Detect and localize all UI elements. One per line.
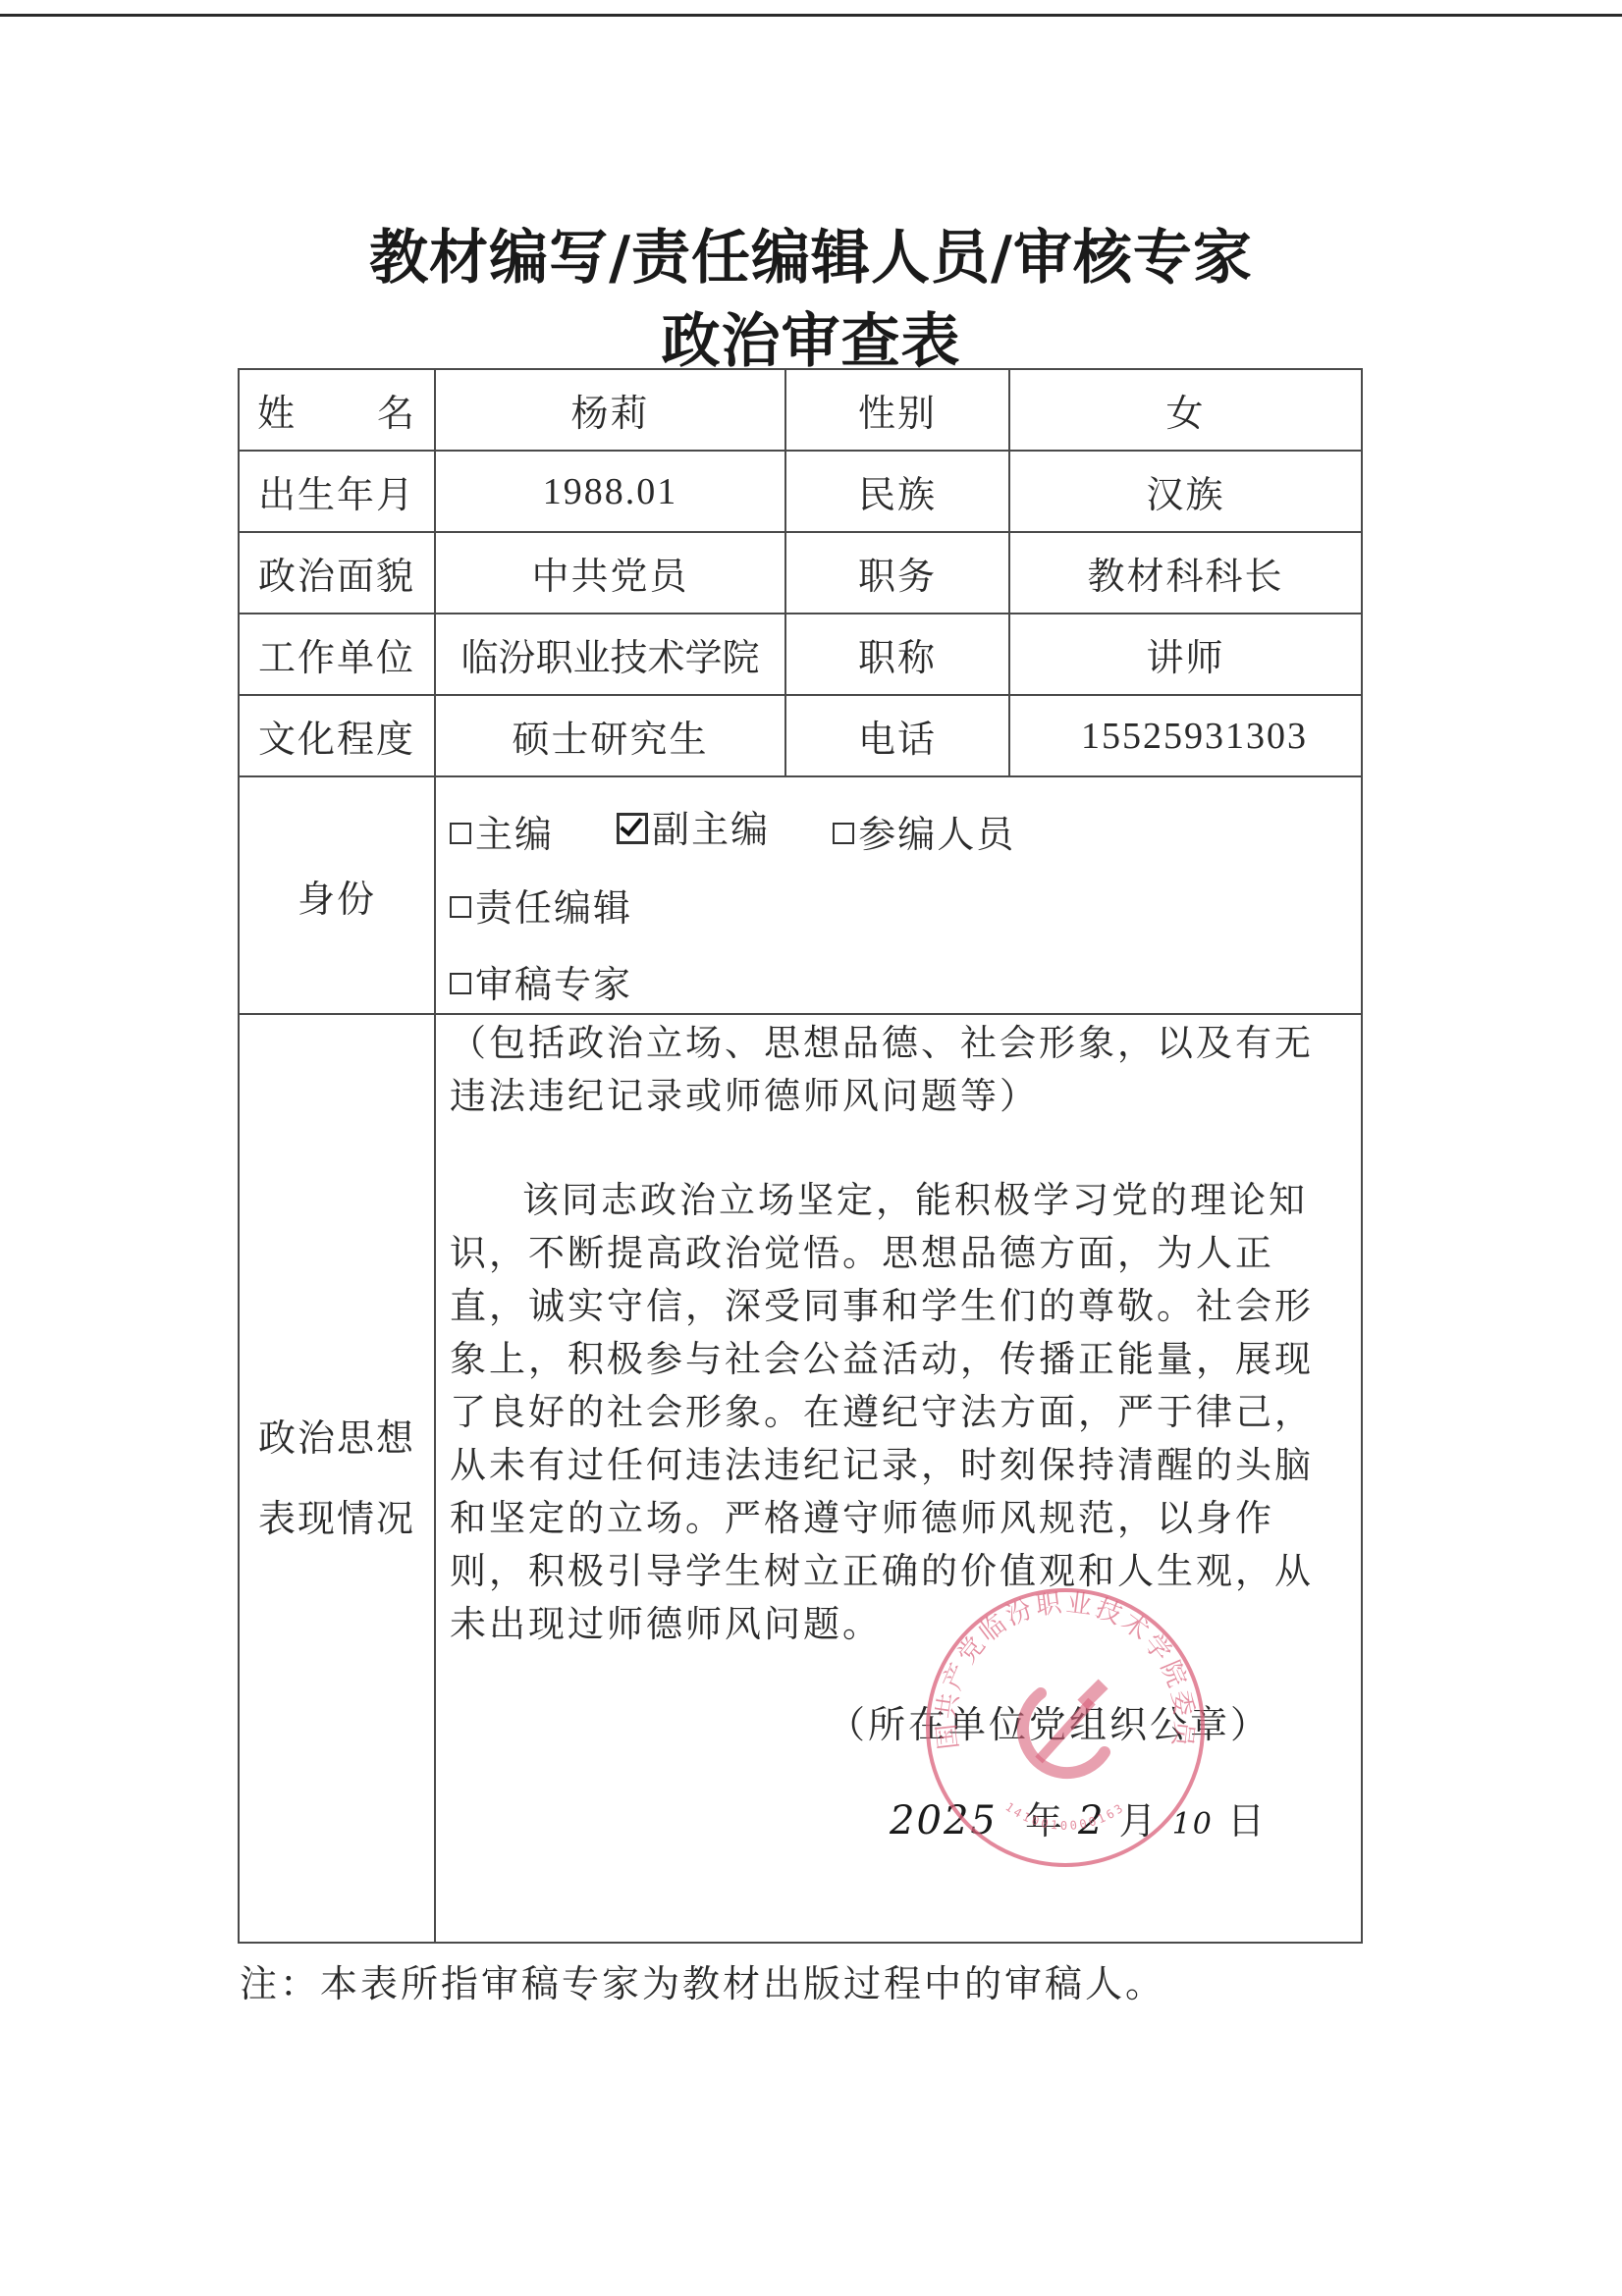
row-political-performance: 政治思想 表现情况 （包括政治立场、思想品德、社会形象，以及有无违法违纪记录或师…: [239, 1014, 1362, 1943]
option-review-expert[interactable]: 审稿专家: [450, 954, 632, 1008]
label-line-2: 表现情况: [240, 1478, 434, 1559]
value-ethnicity[interactable]: 汉族: [1009, 451, 1362, 532]
checkbox-checked-icon[interactable]: [617, 813, 648, 844]
review-form-table: 姓 名 杨莉 性别 女 出生年月 1988.01 民族 汉族 政治面貌 中共党员…: [238, 368, 1363, 1944]
value-name[interactable]: 杨莉: [435, 369, 785, 451]
political-assessment-text[interactable]: 该同志政治立场坚定，能积极学习党的理论知识，不断提高政治觉悟。思想品德方面，为人…: [450, 1174, 1347, 1651]
value-phone[interactable]: 15525931303: [1009, 695, 1362, 776]
row-political-status: 政治面貌 中共党员 职务 教材科科长: [239, 532, 1362, 614]
value-title[interactable]: 讲师: [1009, 614, 1362, 695]
option-deputy-chief-editor[interactable]: 副主编: [617, 799, 770, 853]
document-subtitle: 政治审查表: [0, 294, 1622, 379]
page-top-rule: [0, 14, 1622, 17]
footer-note: 注：本表所指审稿专家为教材出版过程中的审稿人。: [240, 1953, 1165, 2007]
option-label: 副主编: [652, 799, 770, 853]
option-label: 责任编辑: [475, 878, 632, 932]
label-political-performance: 政治思想 表现情况: [239, 1014, 435, 1943]
value-gender[interactable]: 女: [1009, 369, 1362, 451]
seal-note: （所在单位党组织公章）: [828, 1694, 1271, 1748]
row-workplace: 工作单位 临汾职业技术学院 职称 讲师: [239, 614, 1362, 695]
value-birth[interactable]: 1988.01: [435, 451, 785, 532]
label-workplace: 工作单位: [239, 614, 435, 695]
document-title: 教材编写/责任编辑人员/审核专家: [0, 211, 1622, 295]
checkbox-unchecked-icon[interactable]: [833, 823, 854, 844]
signature-date: 2025 年 2 月 10 日: [890, 1790, 1267, 1844]
value-education[interactable]: 硕士研究生: [435, 695, 785, 776]
label-birth: 出生年月: [239, 451, 435, 532]
option-label: 审稿专家: [475, 954, 632, 1008]
value-workplace[interactable]: 临汾职业技术学院: [435, 614, 785, 695]
row-name: 姓 名 杨莉 性别 女: [239, 369, 1362, 451]
identity-options: 主编 副主编 参编人员 责任编辑: [435, 776, 1362, 1014]
checkbox-unchecked-icon[interactable]: [450, 973, 471, 994]
date-month: 2: [1078, 1798, 1105, 1843]
checkbox-unchecked-icon[interactable]: [450, 823, 471, 844]
value-position[interactable]: 教材科科长: [1009, 532, 1362, 614]
label-name: 姓 名: [239, 369, 435, 451]
label-title: 职称: [785, 614, 1009, 695]
option-chief-editor[interactable]: 主编: [450, 804, 554, 858]
label-political-status: 政治面貌: [239, 532, 435, 614]
option-label: 主编: [475, 804, 554, 858]
option-responsible-editor[interactable]: 责任编辑: [450, 878, 632, 932]
date-year: 2025: [890, 1798, 998, 1843]
political-hint: （包括政治立场、思想品德、社会形象，以及有无违法违纪记录或师德师风问题等）: [450, 1017, 1347, 1123]
label-phone: 电话: [785, 695, 1009, 776]
date-year-unit: 年: [1025, 1799, 1064, 1842]
value-political-status[interactable]: 中共党员: [435, 532, 785, 614]
row-identity: 身份 主编 副主编 参编人员 责任编辑: [239, 776, 1362, 1014]
label-identity: 身份: [239, 776, 435, 1014]
date-day: 10: [1172, 1807, 1214, 1842]
label-gender: 性别: [785, 369, 1009, 451]
label-line-1: 政治思想: [240, 1398, 434, 1478]
row-birth: 出生年月 1988.01 民族 汉族: [239, 451, 1362, 532]
date-month-unit: 月: [1119, 1799, 1159, 1842]
checkbox-unchecked-icon[interactable]: [450, 896, 471, 918]
political-performance-cell[interactable]: （包括政治立场、思想品德、社会形象，以及有无违法违纪记录或师德师风问题等） 该同…: [435, 1014, 1362, 1943]
row-education: 文化程度 硕士研究生 电话 15525931303: [239, 695, 1362, 776]
label-education: 文化程度: [239, 695, 435, 776]
option-contributor[interactable]: 参编人员: [833, 804, 1015, 858]
label-position: 职务: [785, 532, 1009, 614]
date-day-unit: 日: [1227, 1799, 1267, 1842]
label-ethnicity: 民族: [785, 451, 1009, 532]
option-label: 参编人员: [858, 804, 1015, 858]
